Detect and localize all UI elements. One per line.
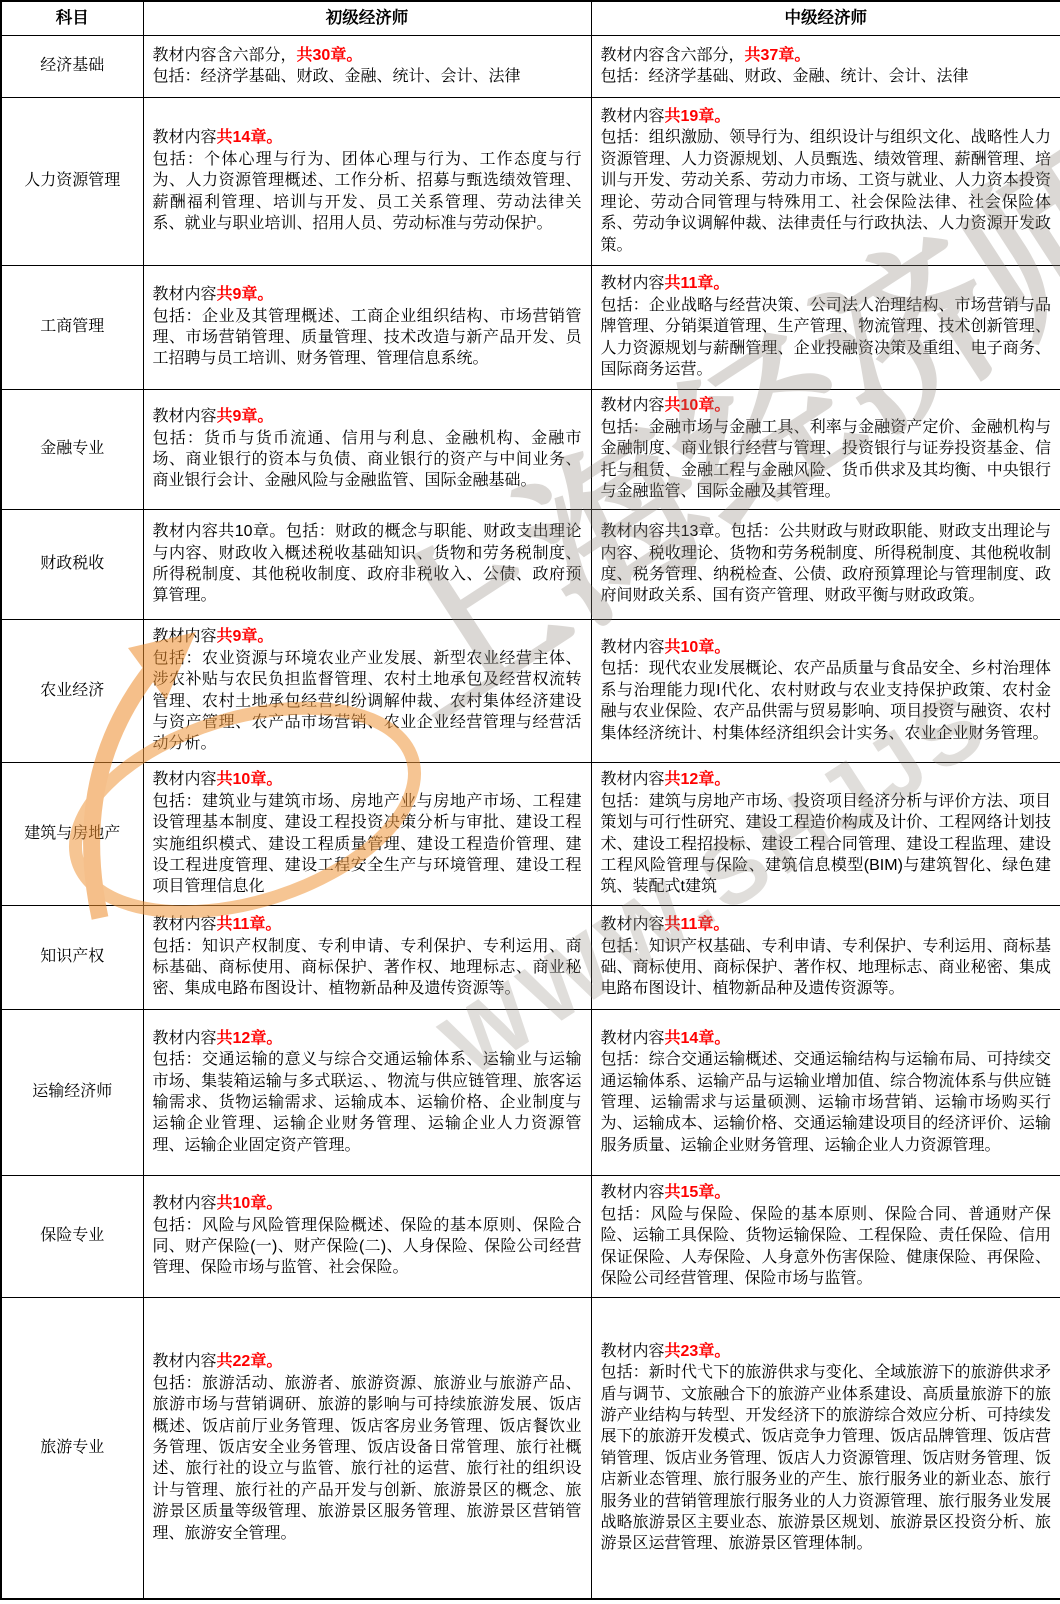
chapter-line: 教材内容共9章。 bbox=[153, 626, 582, 647]
syllabus-detail: 包括：农业资源与环境农业产业发展、新型农业经营主体、涉农补贴与农民负担监督管理、… bbox=[153, 648, 582, 755]
chapter-line: 教材内容共10章。包括：财政的概念与职能、财政支出理论与内容、财政收入概述税收基… bbox=[153, 521, 582, 607]
chapter-line: 教材内容共14章。 bbox=[601, 1028, 1052, 1049]
subject-cell: 农业经济 bbox=[1, 619, 143, 762]
chapter-count: 共15章。 bbox=[665, 1184, 731, 1201]
chapter-count: 共19章。 bbox=[665, 108, 731, 125]
chapter-line: 教材内容共10章。 bbox=[153, 1193, 582, 1214]
junior-cell: 教材内容共9章。包括：企业及其管理概述、工商企业组织结构、市场营销管理、市场营销… bbox=[143, 265, 591, 389]
intermediate-cell: 教材内容共10章。包括：金融市场与金融工具、利率与金融资产定价、金融机构与金融制… bbox=[591, 389, 1060, 509]
chapter-intro: 教材内容 bbox=[153, 523, 219, 540]
table-body: 经济基础 教材内容含六部分，共30章。包括：经济学基础、财政、金融、统计、会计、… bbox=[1, 35, 1060, 1599]
chapter-intro: 教材内容 bbox=[153, 286, 217, 303]
chapter-intro: 教材内容 bbox=[601, 639, 665, 656]
syllabus-detail: 包括：货币与货币流通、信用与利息、金融机构、金融市场、商业银行的资本与负债、商业… bbox=[153, 428, 582, 492]
syllabus-detail: 包括：金融市场与金融工具、利率与金融资产定价、金融机构与金融制度、商业银行经营与… bbox=[601, 417, 1052, 503]
intermediate-cell: 教材内容共10章。包括：现代农业发展概论、农产品质量与食品安全、乡村治理体系与治… bbox=[591, 619, 1060, 762]
chapter-count: 共9章。 bbox=[217, 408, 274, 425]
chapter-line: 教材内容共15章。 bbox=[601, 1182, 1052, 1203]
chapter-line: 教材内容共22章。 bbox=[153, 1351, 582, 1372]
chapter-intro: 教材内容 bbox=[153, 129, 217, 146]
chapter-line: 教材内容共12章。 bbox=[153, 1028, 582, 1049]
junior-cell: 教材内容共10章。包括：建筑业与建筑市场、房地产业与房地产市场、工程建设管理基本… bbox=[143, 762, 591, 905]
chapter-intro: 教材内容 bbox=[601, 1184, 665, 1201]
chapter-intro: 教材内容 bbox=[601, 1343, 665, 1360]
page: 科目 初级经济师 中级经济师 经济基础 教材内容含六部分，共30章。包括：经济学… bbox=[0, 0, 1060, 1604]
chapter-line: 教材内容共19章。 bbox=[601, 106, 1052, 127]
chapter-line: 教材内容共23章。 bbox=[601, 1341, 1052, 1362]
syllabus-detail: 包括：风险与保险、保险的基本原则、保险合同、普通财产保险、运输工具保险、货物运输… bbox=[601, 1204, 1052, 1290]
junior-cell: 教材内容共14章。包括：个体心理与行为、团体心理与行为、工作态度与行为、人力资源… bbox=[143, 97, 591, 265]
chapter-intro: 教材内容 bbox=[601, 916, 665, 933]
syllabus-detail: 包括：经济学基础、财政、金融、统计、会计、法律 bbox=[153, 66, 582, 87]
junior-cell: 教材内容共9章。包括：农业资源与环境农业产业发展、新型农业经营主体、涉农补贴与农… bbox=[143, 619, 591, 762]
junior-cell: 教材内容含六部分，共30章。包括：经济学基础、财政、金融、统计、会计、法律 bbox=[143, 35, 591, 97]
chapter-intro: 教材内容 bbox=[153, 916, 217, 933]
syllabus-detail: 包括：经济学基础、财政、金融、统计、会计、法律 bbox=[601, 66, 1052, 87]
syllabus-detail: 包括：风险与风险管理保险概述、保险的基本原则、保险合同、财产保险(一)、财产保险… bbox=[153, 1215, 582, 1279]
subject-cell: 知识产权 bbox=[1, 905, 143, 1009]
table-row: 运输经济师 教材内容共12章。包括：交通运输的意义与综合交通运输体系、运输业与运… bbox=[1, 1009, 1060, 1175]
intermediate-cell: 教材内容共13章。包括：公共财政与财政职能、财政支出理论与内容、税收理论、货物和… bbox=[591, 509, 1060, 619]
header-row: 科目 初级经济师 中级经济师 bbox=[1, 1, 1060, 35]
chapter-count: 共10章。 bbox=[218, 523, 286, 540]
syllabus-detail: 包括：知识产权基础、专利申请、专利保护、专利运用、商标基础、商标使用、商标保护、… bbox=[601, 936, 1052, 1000]
subject-cell: 人力资源管理 bbox=[1, 97, 143, 265]
table-row: 人力资源管理 教材内容共14章。包括：个体心理与行为、团体心理与行为、工作态度与… bbox=[1, 97, 1060, 265]
table-row: 旅游专业 教材内容共22章。包括：旅游活动、旅游者、旅游资源、旅游业与旅游产品、… bbox=[1, 1297, 1060, 1599]
chapter-count: 共9章。 bbox=[217, 628, 274, 645]
subject-cell: 工商管理 bbox=[1, 265, 143, 389]
chapter-intro: 教材内容 bbox=[601, 523, 665, 540]
intermediate-cell: 教材内容共12章。包括：建筑与房地产市场、投资项目经济分析与评价方法、项目策划与… bbox=[591, 762, 1060, 905]
chapter-line: 教材内容共12章。 bbox=[601, 769, 1052, 790]
table-row: 保险专业 教材内容共10章。包括：风险与风险管理保险概述、保险的基本原则、保险合… bbox=[1, 1175, 1060, 1297]
syllabus-detail: 包括：企业战略与经营决策、公司法人治理结构、市场营销与品牌管理、分销渠道管理、生… bbox=[601, 295, 1052, 381]
junior-cell: 教材内容共11章。包括：知识产权制度、专利申请、专利保护、专利运用、商标基础、商… bbox=[143, 905, 591, 1009]
subject-cell: 旅游专业 bbox=[1, 1297, 143, 1599]
chapter-count: 共9章。 bbox=[217, 286, 274, 303]
syllabus-detail: 包括：组织激励、领导行为、组织设计与组织文化、战略性人力资源管理、人力资源规划、… bbox=[601, 127, 1052, 255]
syllabus-detail: 包括：新时代弋下的旅游供求与变化、全域旅游下的旅游供求矛盾与调节、文旅融合下的旅… bbox=[601, 1362, 1052, 1555]
chapter-line: 教材内容含六部分，共30章。 bbox=[153, 45, 582, 66]
chapter-count: 共22章。 bbox=[217, 1353, 283, 1370]
syllabus-detail: 包括：建筑业与建筑市场、房地产业与房地产市场、工程建设管理基本制度、建设工程投资… bbox=[153, 791, 582, 898]
subject-cell: 建筑与房地产 bbox=[1, 762, 143, 905]
chapter-intro: 教材内容 bbox=[601, 1030, 665, 1047]
table-row: 建筑与房地产 教材内容共10章。包括：建筑业与建筑市场、房地产业与房地产市场、工… bbox=[1, 762, 1060, 905]
table-row: 工商管理 教材内容共9章。包括：企业及其管理概述、工商企业组织结构、市场营销管理… bbox=[1, 265, 1060, 389]
table-row: 金融专业 教材内容共9章。包括：货币与货币流通、信用与利息、金融机构、金融市场、… bbox=[1, 389, 1060, 509]
intermediate-cell: 教材内容共11章。包括：知识产权基础、专利申请、专利保护、专利运用、商标基础、商… bbox=[591, 905, 1060, 1009]
table-row: 知识产权 教材内容共11章。包括：知识产权制度、专利申请、专利保护、专利运用、商… bbox=[1, 905, 1060, 1009]
subject-cell: 运输经济师 bbox=[1, 1009, 143, 1175]
chapter-line: 教材内容共10章。 bbox=[601, 395, 1052, 416]
chapter-intro: 教材内容含六部分， bbox=[601, 47, 745, 64]
chapter-line: 教材内容共10章。 bbox=[153, 769, 582, 790]
exam-syllabus-table: 科目 初级经济师 中级经济师 经济基础 教材内容含六部分，共30章。包括：经济学… bbox=[0, 0, 1060, 1600]
chapter-intro: 教材内容 bbox=[153, 771, 217, 788]
chapter-intro: 教材内容 bbox=[601, 275, 665, 292]
table-row: 财政税收 教材内容共10章。包括：财政的概念与职能、财政支出理论与内容、财政收入… bbox=[1, 509, 1060, 619]
chapter-count: 共14章。 bbox=[217, 129, 283, 146]
chapter-line: 教材内容共14章。 bbox=[153, 127, 582, 148]
chapter-count: 共14章。 bbox=[665, 1030, 731, 1047]
chapter-intro: 教材内容 bbox=[601, 771, 665, 788]
chapter-line: 教材内容共11章。 bbox=[153, 914, 582, 935]
chapter-intro: 教材内容 bbox=[153, 1195, 217, 1212]
chapter-intro: 教材内容 bbox=[153, 628, 217, 645]
junior-cell: 教材内容共10章。包括：财政的概念与职能、财政支出理论与内容、财政收入概述税收基… bbox=[143, 509, 591, 619]
subject-cell: 金融专业 bbox=[1, 389, 143, 509]
chapter-count: 共10章。 bbox=[217, 1195, 283, 1212]
chapter-intro: 教材内容 bbox=[153, 408, 217, 425]
chapter-intro: 教材内容 bbox=[601, 397, 665, 414]
chapter-intro: 教材内容 bbox=[153, 1030, 217, 1047]
intermediate-cell: 教材内容共14章。包括：综合交通运输概述、交通运输结构与运输布局、可持续交通运输… bbox=[591, 1009, 1060, 1175]
syllabus-detail: 包括：知识产权制度、专利申请、专利保护、专利运用、商标基础、商标使用、商标保护、… bbox=[153, 936, 582, 1000]
chapter-count: 共23章。 bbox=[665, 1343, 731, 1360]
table-row: 农业经济 教材内容共9章。包括：农业资源与环境农业产业发展、新型农业经营主体、涉… bbox=[1, 619, 1060, 762]
syllabus-detail: 包括：企业及其管理概述、工商企业组织结构、市场营销管理、市场营销管理、质量管理、… bbox=[153, 306, 582, 370]
junior-cell: 教材内容共22章。包括：旅游活动、旅游者、旅游资源、旅游业与旅游产品、旅游市场与… bbox=[143, 1297, 591, 1599]
chapter-count: 共10章。 bbox=[665, 397, 731, 414]
syllabus-detail: 包括：综合交通运输概述、交通运输结构与运输布局、可持续交通运输体系、运输产品与运… bbox=[601, 1049, 1052, 1156]
header-subject: 科目 bbox=[1, 1, 143, 35]
chapter-line: 教材内容共11章。 bbox=[601, 914, 1052, 935]
chapter-count: 共11章。 bbox=[217, 916, 282, 933]
intermediate-cell: 教材内容共11章。包括：企业战略与经营决策、公司法人治理结构、市场营销与品牌管理… bbox=[591, 265, 1060, 389]
subject-cell: 经济基础 bbox=[1, 35, 143, 97]
junior-cell: 教材内容共12章。包括：交通运输的意义与综合交通运输体系、运输业与运输市场、集装… bbox=[143, 1009, 591, 1175]
chapter-count: 共11章。 bbox=[665, 275, 730, 292]
syllabus-detail: 包括：交通运输的意义与综合交通运输体系、运输业与运输市场、集装箱运输与多式联运、… bbox=[153, 1049, 582, 1156]
chapter-intro: 教材内容 bbox=[601, 108, 665, 125]
syllabus-detail: 包括：个体心理与行为、团体心理与行为、工作态度与行为、人力资源管理概述、工作分析… bbox=[153, 149, 582, 235]
chapter-count: 共10章。 bbox=[217, 771, 283, 788]
junior-cell: 教材内容共10章。包括：风险与风险管理保险概述、保险的基本原则、保险合同、财产保… bbox=[143, 1175, 591, 1297]
subject-cell: 财政税收 bbox=[1, 509, 143, 619]
chapter-line: 教材内容共10章。 bbox=[601, 637, 1052, 658]
intermediate-cell: 教材内容共15章。包括：风险与保险、保险的基本原则、保险合同、普通财产保险、运输… bbox=[591, 1175, 1060, 1297]
table-row: 经济基础 教材内容含六部分，共30章。包括：经济学基础、财政、金融、统计、会计、… bbox=[1, 35, 1060, 97]
chapter-line: 教材内容共13章。包括：公共财政与财政职能、财政支出理论与内容、税收理论、货物和… bbox=[601, 521, 1052, 607]
junior-cell: 教材内容共9章。包括：货币与货币流通、信用与利息、金融机构、金融市场、商业银行的… bbox=[143, 389, 591, 509]
chapter-count: 共12章。 bbox=[665, 771, 731, 788]
chapter-count: 共30章。 bbox=[297, 47, 363, 64]
chapter-line: 教材内容含六部分，共37章。 bbox=[601, 45, 1052, 66]
chapter-line: 教材内容共11章。 bbox=[601, 273, 1052, 294]
intermediate-cell: 教材内容共19章。包括：组织激励、领导行为、组织设计与组织文化、战略性人力资源管… bbox=[591, 97, 1060, 265]
subject-cell: 保险专业 bbox=[1, 1175, 143, 1297]
chapter-count: 共13章。 bbox=[665, 523, 731, 540]
header-intermediate: 中级经济师 bbox=[591, 1, 1060, 35]
header-junior: 初级经济师 bbox=[143, 1, 591, 35]
syllabus-detail: 包括：旅游活动、旅游者、旅游资源、旅游业与旅游产品、旅游市场与营销调研、旅游的影… bbox=[153, 1373, 582, 1544]
intermediate-cell: 教材内容含六部分，共37章。包括：经济学基础、财政、金融、统计、会计、法律 bbox=[591, 35, 1060, 97]
chapter-count: 共37章。 bbox=[745, 47, 811, 64]
chapter-count: 共10章。 bbox=[665, 639, 731, 656]
chapter-count: 共12章。 bbox=[217, 1030, 283, 1047]
syllabus-detail: 包括：现代农业发展概论、农产品质量与食品安全、乡村治理体系与治理能力现I代化、农… bbox=[601, 658, 1052, 744]
chapter-intro: 教材内容含六部分， bbox=[153, 47, 297, 64]
chapter-count: 共11章。 bbox=[665, 916, 730, 933]
intermediate-cell: 教材内容共23章。包括：新时代弋下的旅游供求与变化、全域旅游下的旅游供求矛盾与调… bbox=[591, 1297, 1060, 1599]
chapter-line: 教材内容共9章。 bbox=[153, 284, 582, 305]
chapter-line: 教材内容共9章。 bbox=[153, 406, 582, 427]
syllabus-detail: 包括：建筑与房地产市场、投资项目经济分析与评价方法、项目策划与可行性研究、建设工… bbox=[601, 791, 1052, 898]
chapter-intro: 教材内容 bbox=[153, 1353, 217, 1370]
